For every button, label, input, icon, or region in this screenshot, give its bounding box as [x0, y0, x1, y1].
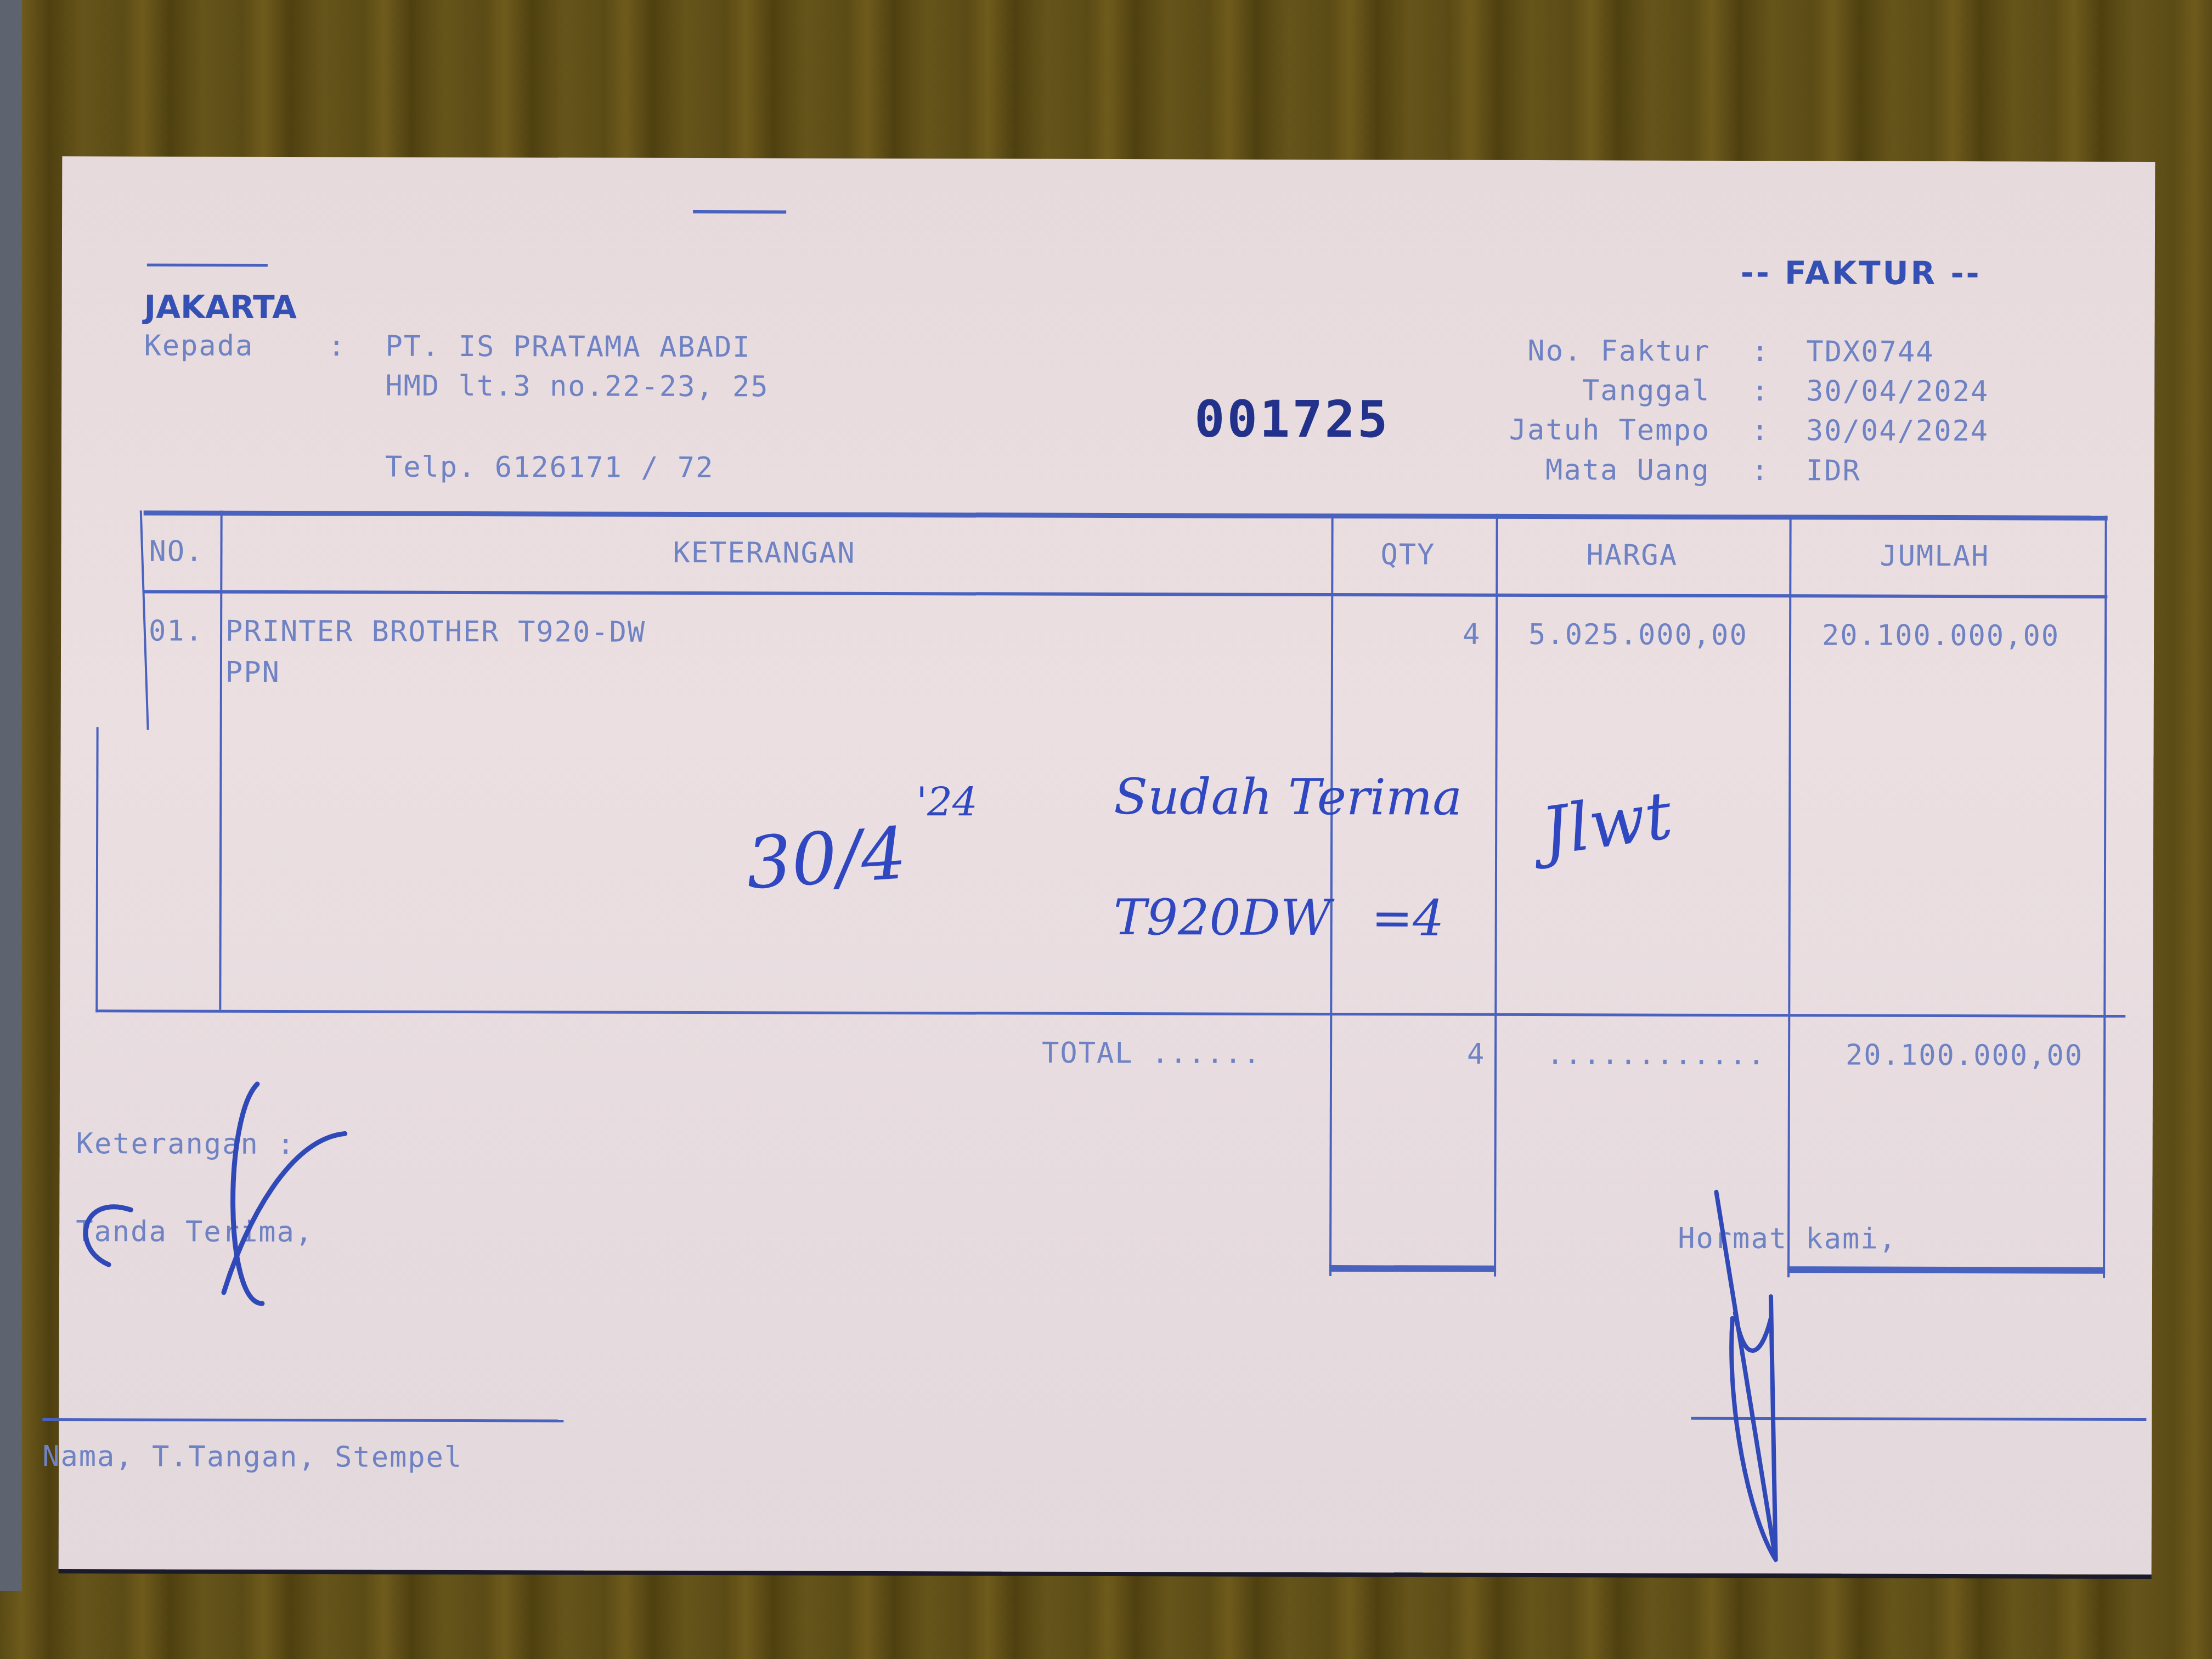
meta-label-invoice-no: No. Faktur	[1527, 335, 1710, 368]
city-heading: JAKARTA	[144, 288, 297, 326]
col-header-qty: QTY	[1380, 538, 1435, 571]
meta-value-date: 30/04/2024	[1806, 375, 1989, 408]
meta-value-currency: IDR	[1806, 454, 1861, 487]
total-qty-bottom	[1329, 1265, 1496, 1272]
handwritten-note-line2: T920DW	[1114, 889, 1331, 947]
top-mark	[693, 210, 786, 213]
col-header-no: NO.	[149, 535, 204, 568]
stamp-number: 001725	[1194, 390, 1390, 449]
meta-value-due-date: 30/04/2024	[1806, 414, 1989, 448]
meta-value-invoice-no: TDX0744	[1806, 335, 1934, 369]
background-edge	[0, 0, 22, 1591]
row-description: PRINTER BROTHER T920-DW	[225, 615, 646, 649]
meta-label-due-date: Jatuh Tempo	[1509, 414, 1711, 447]
handwritten-qty: =4	[1372, 889, 1444, 947]
handwritten-note-line1: Sudah Terima	[1114, 768, 1462, 827]
meta-label-date: Tanggal	[1582, 374, 1710, 408]
meta-sep: :	[1751, 375, 1769, 408]
receiver-signature-icon	[59, 1084, 389, 1370]
recipient-address: HMD lt.3 no.22-23, 25	[385, 370, 769, 404]
meta-sep: :	[1751, 454, 1769, 487]
row-description: PPN	[225, 656, 280, 689]
recipient-label: Kepada	[144, 329, 253, 363]
handwritten-year: '24	[916, 778, 978, 825]
handwritten-initials: Jlwt	[1537, 777, 1677, 871]
items-table: NO. KETERANGAN QTY HARGA JUMLAH 01. PRIN…	[62, 156, 2155, 162]
receiver-sign-line	[42, 1418, 563, 1422]
table-body-bottom	[95, 1009, 2125, 1018]
row-no: 01.	[149, 614, 204, 647]
header-rule	[147, 263, 268, 267]
col-header-price: HARGA	[1586, 539, 1678, 572]
invoice-paper: JAKARTA Kepada : PT. IS PRATAMA ABADI HM…	[59, 156, 2155, 1575]
total-qty: 4	[1467, 1038, 1485, 1071]
col-jumlah-divider	[1787, 515, 1792, 1277]
invoice-meta: No. Faktur : TDX0744 Tanggal : 30/04/202…	[62, 156, 2155, 162]
sender-signature-icon	[1683, 1187, 1848, 1571]
row-qty: 4	[1463, 618, 1481, 651]
total-label: TOTAL ......	[1042, 1037, 1261, 1070]
col-left-lower	[95, 727, 98, 1012]
meta-sep: :	[1751, 414, 1769, 447]
table-header-bottom	[143, 590, 2107, 598]
col-left	[140, 510, 149, 730]
sign-caption: Nama, T.Tangan, Stempel	[42, 1440, 462, 1474]
table-row: 01. PRINTER BROTHER T920-DW 4 5.025.000,…	[62, 156, 2155, 162]
row-price: 5.025.000,00	[1528, 618, 1748, 652]
table-top-border	[144, 510, 2108, 520]
table-row: PPN	[62, 156, 2155, 162]
recipient-name: PT. IS PRATAMA ABADI	[385, 330, 751, 364]
invoice-title: -- FAKTUR --	[1741, 254, 1982, 292]
total-dots: ............	[1547, 1038, 1766, 1071]
col-harga-divider	[1494, 514, 1498, 1277]
col-no-divider	[219, 511, 222, 1010]
row-amount: 20.100.000,00	[1822, 619, 2059, 652]
recipient-phone: Telp. 6126171 / 72	[385, 451, 714, 485]
col-right	[2103, 516, 2107, 1278]
col-header-amount: JUMLAH	[1880, 540, 1989, 573]
meta-sep: :	[1751, 335, 1769, 368]
total-amount: 20.100.000,00	[1846, 1039, 2083, 1073]
recipient-separator: :	[328, 330, 346, 363]
total-row: TOTAL ...... 4 ............ 20.100.000,0…	[62, 156, 2155, 162]
meta-label-currency: Mata Uang	[1545, 454, 1710, 487]
handwritten-date: 30/4	[743, 811, 909, 905]
col-header-description: KETERANGAN	[673, 537, 855, 570]
